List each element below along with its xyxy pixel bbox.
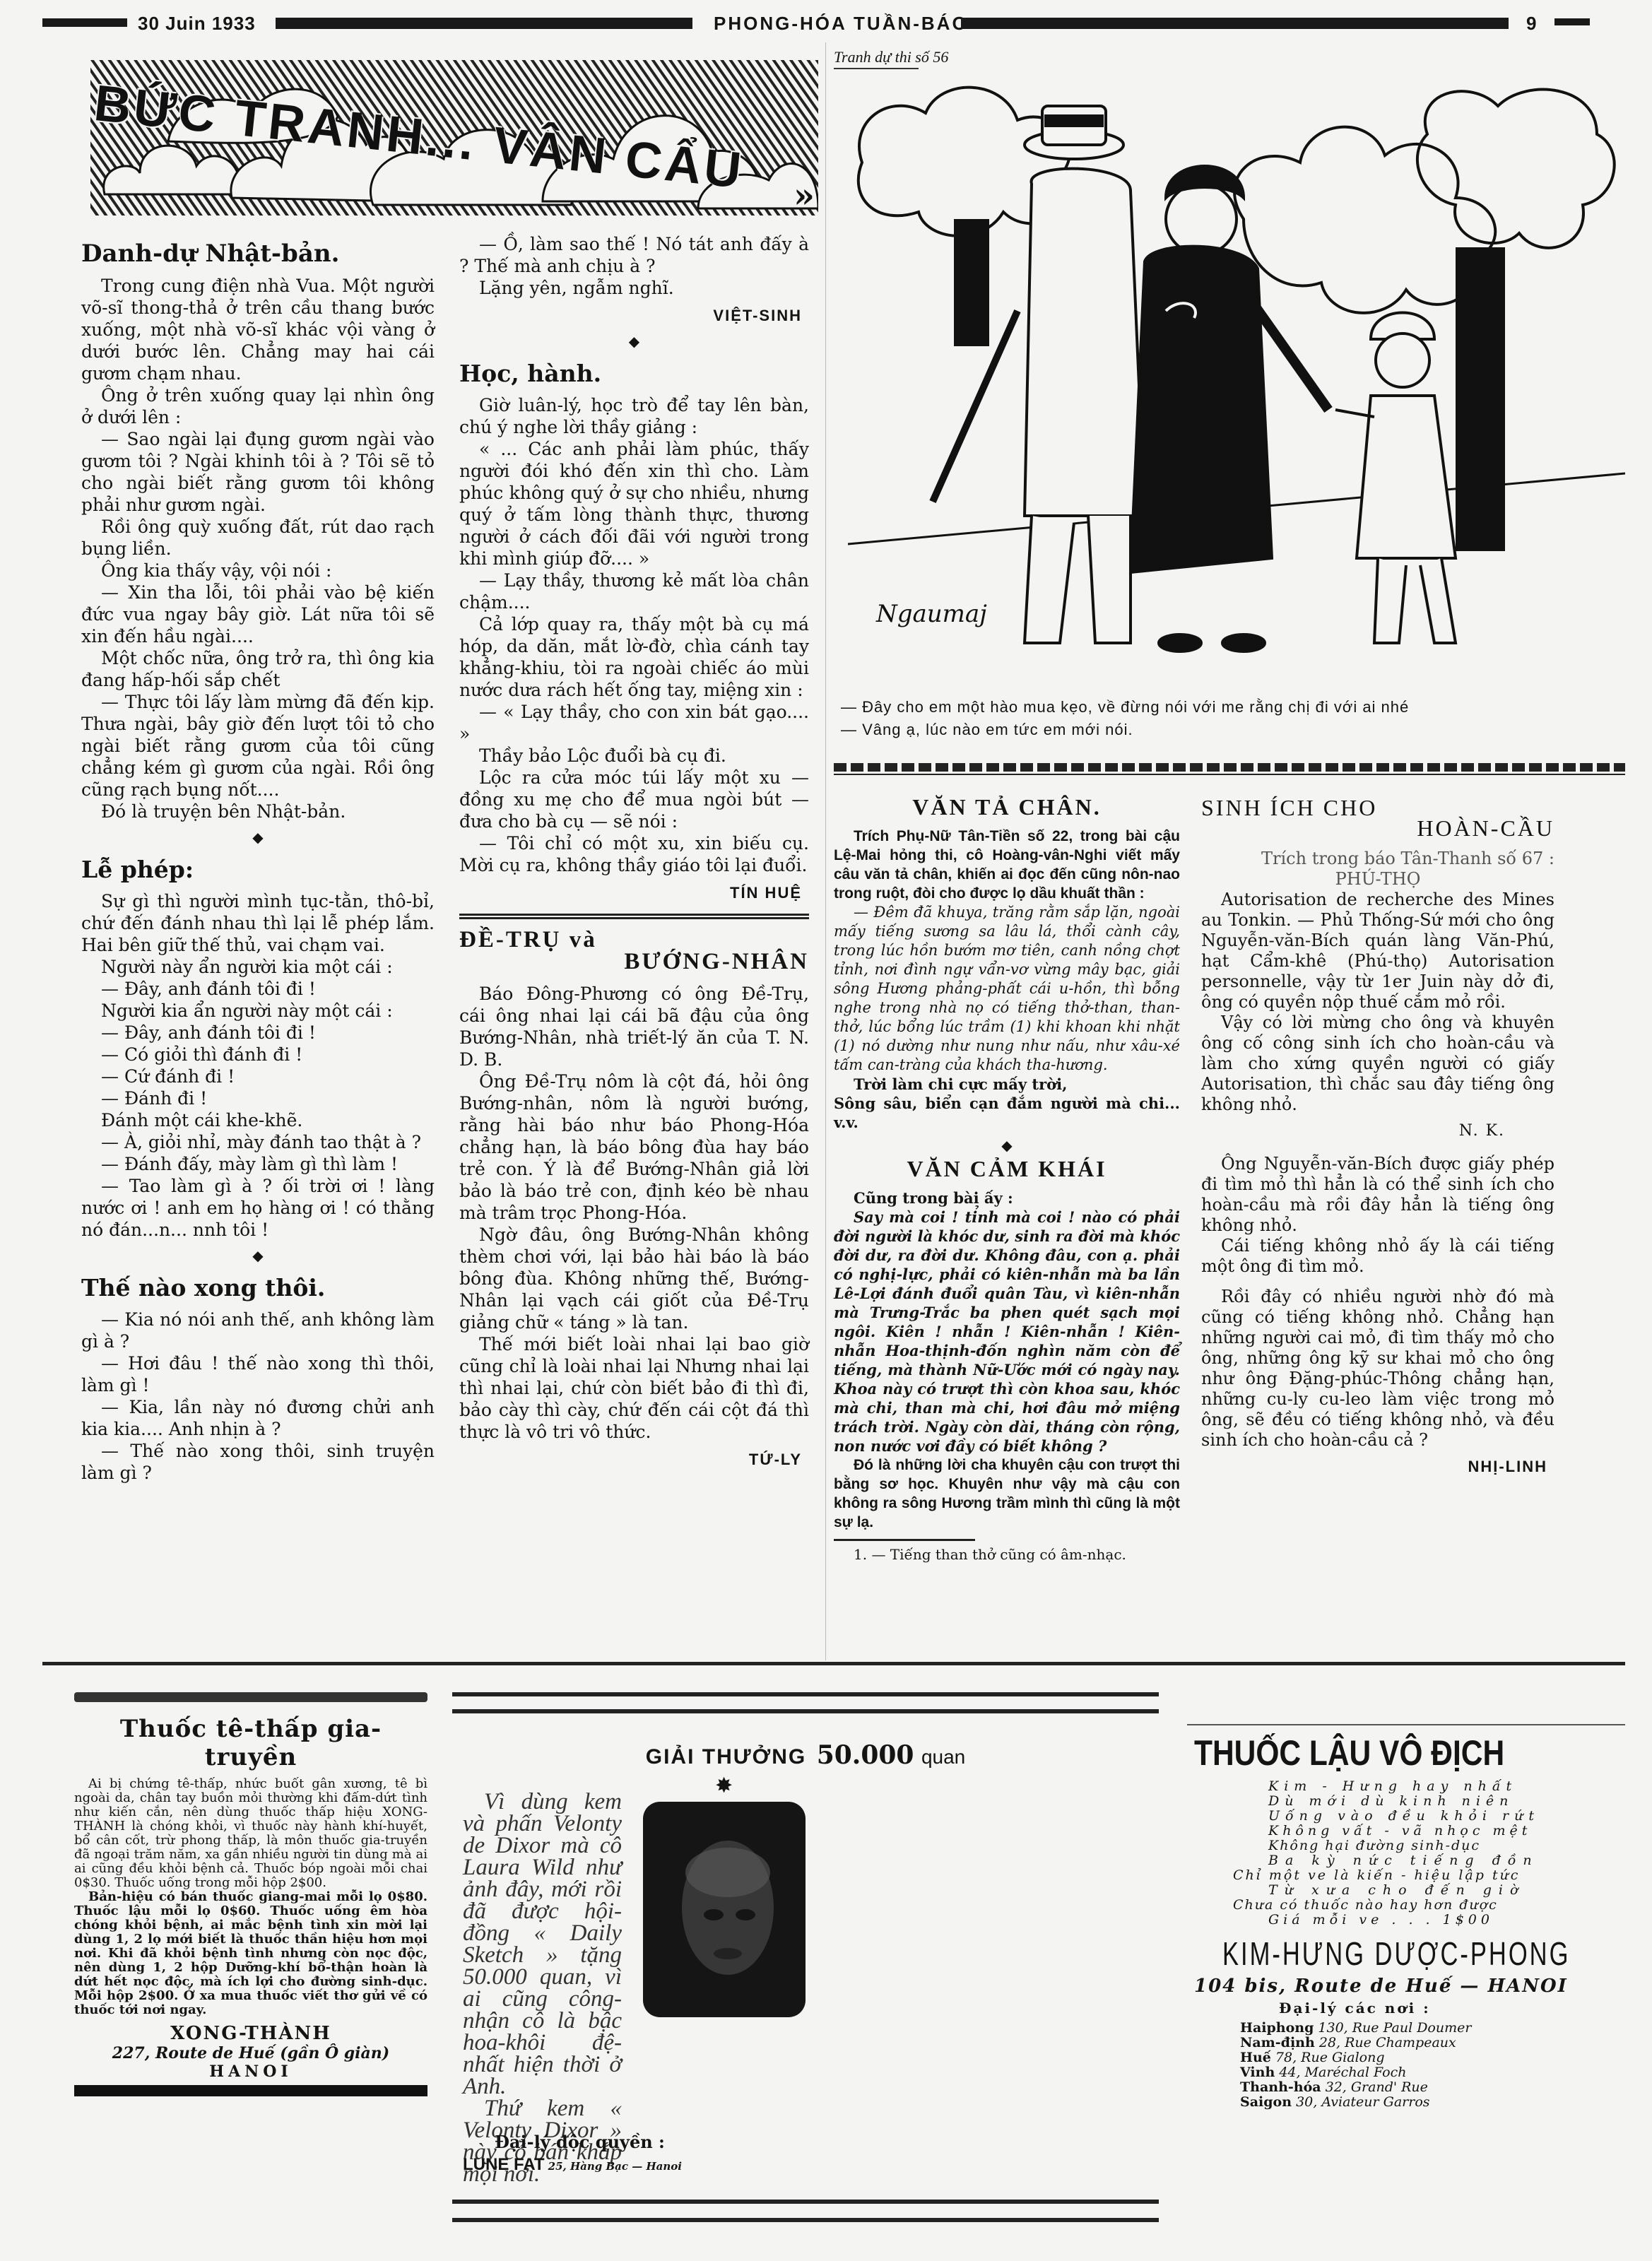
masthead-bar-right (961, 18, 1509, 29)
agent-row: Haiphong 130, Rue Paul Doumer (1240, 2021, 1625, 2036)
article-paragraph: Lộc ra cửa móc túi lấy một xu — đồng xu … (459, 767, 809, 832)
article-paragraph: Đó là truyện bên Nhật-bản. (81, 801, 435, 822)
article-paragraph: — Đây, anh đánh tôi đi ! (81, 978, 435, 1000)
article-paragraph: Cả lớp quay ra, thấy một bà cụ má hóp, d… (459, 613, 809, 701)
article-paragraph: — Sao ngài lại đụng gươm ngài vào gươm t… (81, 428, 435, 516)
agent-city: Haiphong (1240, 2020, 1314, 2036)
article-paragraph: Người kia ẩn người này một cái : (81, 1000, 435, 1022)
agent-address: 32, Grand' Rue (1326, 2079, 1428, 2095)
advertisement-velonty: GIẢI THƯỞNG 50.000 quan Vì dùng kem và p… (452, 1692, 1159, 2222)
article-paragraph: Ông Nguyễn-văn-Bích được giấy phép đi tì… (1201, 1154, 1554, 1236)
masthead-date: 30 Juin 1933 (138, 13, 256, 35)
article-paragraph: — Tao làm gì à ? ối trời ơi ! làng nước … (81, 1175, 435, 1241)
agent-address: 78, Rue Gialong (1275, 2050, 1385, 2065)
ad-agent: LUNE FAT 25, Hàng Bạc — Hanoi (463, 2155, 682, 2175)
cartoon-label-underline (834, 68, 919, 69)
ad-agent-label: Đại-lý độc quyền : (495, 2132, 665, 2152)
author-signature: NHỊ-LINH (1201, 1456, 1547, 1477)
ad-verse: Kim - Hưng hay nhất Dù mới dù kinh niên … (1233, 1779, 1625, 1928)
banner-closing-quote: » (793, 176, 815, 216)
ad-photo-frame (643, 1802, 806, 2017)
article-paragraph: Trong cung điện nhà Vua. Một người võ-sĩ… (81, 275, 435, 384)
article-title: Học, hành. (459, 362, 809, 384)
ad-headline-amount: 50.000 (817, 1740, 914, 1770)
article-paragraph: — Đánh đấy, mày làm gì thì làm ! (81, 1153, 435, 1175)
verse-line: Sông sâu, biển cạn đắm người mà chi... v… (834, 1094, 1180, 1132)
article-paragraph: Ông kia thấy vậy, vội nói : (81, 560, 435, 582)
article-paragraph: Thầy bảo Lộc đuổi bà cụ đi. (459, 745, 809, 767)
column-4: SINH ÍCH CHO HOÀN-CẦU Trích trong báo Tâ… (1201, 788, 1554, 1477)
article-paragraph: Rồi ông quỳ xuống đất, rút dao rạch bụng… (81, 516, 435, 560)
verse-line: Chỉ một ve là kiến - hiệu lập tức (1233, 1868, 1625, 1883)
agent-address: 130, Rue Paul Doumer (1318, 2020, 1471, 2036)
article-source: Trích trong báo Tân-Thanh số 67 : (1201, 849, 1554, 869)
article-place: PHÚ-THỌ (1201, 869, 1554, 890)
agent-address: 28, Rue Champeaux (1319, 2035, 1456, 2050)
column-2: — Ồ, làm sao thế ! Nó tát anh đấy à ? Th… (459, 233, 809, 1470)
article-lead: Cũng trong bài ấy : (834, 1188, 1180, 1208)
author-signature: TỨ-LY (459, 1448, 802, 1470)
agent-city: Nam-định (1240, 2035, 1315, 2050)
article-intro: Trích Phụ-Nữ Tân-Tiền số 22, trong bài c… (834, 827, 1180, 903)
article-paragraph: « ... Các anh phải làm phúc, thấy người … (459, 438, 809, 569)
portrait-photo (643, 1802, 806, 2017)
ad-headline-unit: quan (921, 1746, 965, 1768)
article-paragraph: — Đánh đi ! (81, 1087, 435, 1109)
verse-line: Dù mới dù kinh niên (1268, 1794, 1625, 1809)
masthead: 30 Juin 1933 PHONG-HÓA TUẦN-BÁO 9 (42, 13, 1611, 34)
article-paragraph: Giờ luân-lý, học trò để tay lên bàn, chú… (459, 394, 809, 438)
agent-city: Thanh-hóa (1240, 2079, 1321, 2095)
ad-address: 104 bis, Route de Huế — HANOI (1194, 1976, 1625, 1997)
article-paragraph: — Thực tôi lấy làm mừng đã đến kịp. Thưa… (81, 691, 435, 801)
ornament-icon: ◆ (81, 1245, 435, 1267)
agent-city: Saigon (1240, 2094, 1292, 2110)
ad-headline-label: GIẢI THƯỞNG (646, 1745, 806, 1769)
ornament-icon: ◆ (81, 827, 435, 849)
masthead-bar-left-stub (42, 18, 127, 27)
cartoon-signature: Ngaumaj (875, 600, 987, 628)
advertisement-thuoc-te-thap: Thuốc tê-thấp gia-truyền Ai bị chứng tê-… (74, 1692, 427, 2096)
article-paragraph: — Đây, anh đánh tôi đi ! (81, 1022, 435, 1044)
article-paragraph: Một chốc nữa, ông trở ra, thì ông kia đa… (81, 647, 435, 691)
page-number: 9 (1526, 13, 1537, 35)
article-paragraph: — « Lạy thầy, cho con xin bát gạo.... » (459, 701, 809, 745)
article-title: Thế nào xong thôi. (81, 1277, 435, 1299)
article-paragraph: — Lạy thầy, thương kẻ mất lòa chân chậm.… (459, 569, 809, 613)
agent-address: 44, Maréchal Foch (1279, 2065, 1406, 2080)
article-paragraph: Cái tiếng không nhỏ ấy là cái tiếng một … (1201, 1236, 1554, 1277)
agent-row: Vinh 44, Maréchal Foch (1240, 2065, 1625, 2080)
agent-row: Nam-định 28, Rue Champeaux (1240, 2036, 1625, 2050)
banner: BỨC TRANH... VÂN CẨU » (90, 60, 818, 216)
ad-city: HANOI (74, 2062, 427, 2081)
article-paragraph: — Tôi chỉ có một xu, xin biếu cụ. Mời cụ… (459, 832, 809, 876)
ad-title: Thuốc tê-thấp gia-truyền (74, 1715, 427, 1771)
agent-row: Saigon 30, Aviateur Garros (1240, 2095, 1625, 2110)
article-paragraph: Sự gì thì người mình tục-tằn, thô-bỉ, ch… (81, 890, 435, 956)
footnote-rule (834, 1539, 975, 1541)
agent-row: Huế 78, Rue Gialong (1240, 2050, 1625, 2065)
advertisement-thuoc-lau: THUỐC LẬU VÔ ĐỊCH Kim - Hưng hay nhất Dù… (1187, 1724, 1625, 2110)
article-paragraph: — Có giỏi thì đánh đi ! (81, 1044, 435, 1065)
agent-address: 30, Aviateur Garros (1296, 2094, 1429, 2110)
verse-line: Từ xưa cho đến giờ (1268, 1883, 1625, 1898)
article-paragraph: Ngờ đâu, ông Bướng-Nhân không thèm chơi … (459, 1224, 809, 1333)
cartoon-caption: — Đây cho em một hào mua kẹo, về đừng nó… (841, 696, 1625, 741)
article-paragraph: Autorisation de recherche des Mines au T… (1201, 890, 1554, 1013)
agent-city: Huế (1240, 2050, 1271, 2065)
ad-top-border (452, 1692, 1159, 1713)
ad-address: 227, Route de Huế (gần Ô giàn) (74, 2044, 427, 2062)
cartoon-label: Tranh dự thi số 56 (834, 48, 948, 66)
ad-body-wrap: Vì dùng kem và phấn Velonty de Dixor mà … (463, 1791, 622, 2185)
ad-bottom-border (74, 2085, 427, 2096)
article-paragraph: — Xin tha lỗi, tôi phải vào bệ kiến đức … (81, 582, 435, 647)
cartoon-caption-line: — Vâng ạ, lúc nào em tức em mới nói. (841, 719, 1625, 741)
ad-shop-name: XONG-THÀNH (74, 2023, 427, 2044)
verse-line: Chưa có thuốc nào hay hơn được (1233, 1898, 1625, 1913)
column-1: Danh-dự Nhật-bản. Trong cung điện nhà Vu… (81, 233, 435, 1484)
masthead-bar-right-stub (1554, 18, 1590, 25)
ad-agent-address: 25, Hàng Bạc — Hanoi (548, 2160, 682, 2173)
ad-top-rule (1187, 1724, 1625, 1725)
ad-agent-name: LUNE FAT (463, 2155, 545, 2174)
ornament-icon: ◆ (834, 1136, 1180, 1155)
verse-line: Kim - Hưng hay nhất (1268, 1779, 1625, 1794)
article-quote: — Đêm đã khuya, trăng rằm sắp lặn, ngoài… (834, 903, 1180, 1075)
verse-line: Trời làm chi cực mấy trời, (834, 1075, 1180, 1094)
article-paragraph: Ông Đề-Trụ nôm là cột đá, hỏi ông Bướng-… (459, 1070, 809, 1224)
column-3: VĂN TẢ CHÂN. Trích Phụ-Nữ Tân-Tiền số 22… (834, 788, 1180, 1564)
article-quote: Say mà coi ! tỉnh mà coi ! nào có phải đ… (834, 1208, 1180, 1456)
section-divider (834, 763, 1625, 772)
ad-agent-list: Haiphong 130, Rue Paul Doumer Nam-định 2… (1240, 2021, 1625, 2110)
article-paragraph: — Thế nào xong thôi, sinh truyện làm gì … (81, 1440, 435, 1484)
article-paragraph: Thế mới biết loài nhai lại bao giờ cũng … (459, 1333, 809, 1443)
ad-body: Bản-hiệu có bán thuốc giang-mai mỗi lọ 0… (74, 1890, 427, 2017)
spacer (1201, 1141, 1554, 1154)
verse-line: Ba kỳ nức tiếng đồn (1268, 1853, 1625, 1868)
ad-headline: GIẢI THƯỞNG 50.000 quan (452, 1740, 1159, 1770)
verse-line: Giá mỗi ve . . . 1$00 (1268, 1913, 1625, 1928)
article-paragraph: — Kia, lần này nó đương chửi anh kia kia… (81, 1396, 435, 1440)
article-divider (459, 914, 809, 919)
agent-city: Vinh (1240, 2065, 1275, 2080)
article-paragraph: — Kia nó nói anh thế, anh không làm gì à… (81, 1309, 435, 1352)
article-title-line-2: BƯỚNG-NHÂN (459, 951, 809, 973)
article-paragraph: Báo Đông-Phương có ông Đề-Trụ, cái ông n… (459, 983, 809, 1070)
article-paragraph: — Hơi đâu ! thế nào xong thì thôi, làm g… (81, 1352, 435, 1396)
article-title: Lễ phép: (81, 858, 435, 880)
verse-line: Không hại đường sinh-dục (1268, 1838, 1625, 1853)
author-signature: TÍN HUỆ (459, 882, 802, 904)
article-title: VĂN TẢ CHÂN. (834, 798, 1180, 817)
footnote: 1. — Tiếng than thở cũng có âm-nhạc. (834, 1545, 1180, 1564)
article-title: Danh-dự Nhật-bản. (81, 243, 435, 265)
ad-title: THUỐC LẬU VÔ ĐỊCH (1194, 1732, 1561, 1773)
article-title-line-2: HOÀN-CẦU (1201, 818, 1554, 839)
article-paragraph: Rồi đây có nhiều người nhờ đó mà cũng có… (1201, 1287, 1554, 1451)
article-paragraph: Người này ẩn người kia một cái : (81, 956, 435, 978)
column-separator (825, 42, 826, 1660)
article-paragraph: Vậy có lời mừng cho ông và khuyên ông cố… (1201, 1013, 1554, 1115)
article-title-line-1: ĐỀ-TRỤ và (459, 929, 809, 951)
article-paragraph: — Ồ, làm sao thế ! Nó tát anh đấy à ? Th… (459, 233, 809, 277)
ad-body: Vì dùng kem và phấn Velonty de Dixor mà … (463, 1791, 622, 2098)
ad-top-border (74, 1692, 427, 1702)
masthead-paper-name: PHONG-HÓA TUẦN-BÁO (714, 13, 969, 35)
masthead-bar-left (276, 18, 692, 29)
article-paragraph: — Cứ đánh đi ! (81, 1065, 435, 1087)
author-initials: N. K. (1201, 1121, 1505, 1141)
article-paragraph: Ông ở trên xuống quay lại nhìn ông ở dướ… (81, 384, 435, 428)
cartoon-illustration: Ngaumaj (848, 78, 1625, 671)
article-paragraph: Lặng yên, ngẫm nghĩ. (459, 277, 809, 299)
ad-bottom-border (452, 2200, 1159, 2222)
ad-agents-label: Đại-lý các nơi : (1279, 2000, 1625, 2017)
section-divider-line (834, 774, 1625, 775)
ad-photo-ornament-icon: ✸ (715, 1773, 733, 1798)
verse-line: Uống vào đều khỏi rứt (1268, 1809, 1625, 1824)
verse-line: Không vất - vã nhọc mệt (1268, 1824, 1625, 1838)
ads-divider (42, 1662, 1625, 1665)
article-title: VĂN CẢM KHÁI (834, 1159, 1180, 1179)
article-paragraph: Đánh một cái khe-khẽ. (81, 1109, 435, 1131)
ad-brand: KIM-HƯNG DƯỢC-PHONG (1222, 1935, 1525, 1973)
cartoon-caption-line: — Đây cho em một hào mua kẹo, về đừng nó… (841, 696, 1625, 719)
article-closing: Đó là những lời cha khuyên cậu con trượt… (834, 1456, 1180, 1532)
ad-body: Ai bị chứng tê-thấp, nhức buốt gân xương… (74, 1777, 427, 1890)
agent-row: Thanh-hóa 32, Grand' Rue (1240, 2080, 1625, 2095)
article-paragraph: — À, giỏi nhỉ, mày đánh tao thật à ? (81, 1131, 435, 1153)
author-signature: VIỆT-SINH (459, 305, 802, 326)
ornament-icon: ◆ (459, 331, 809, 353)
